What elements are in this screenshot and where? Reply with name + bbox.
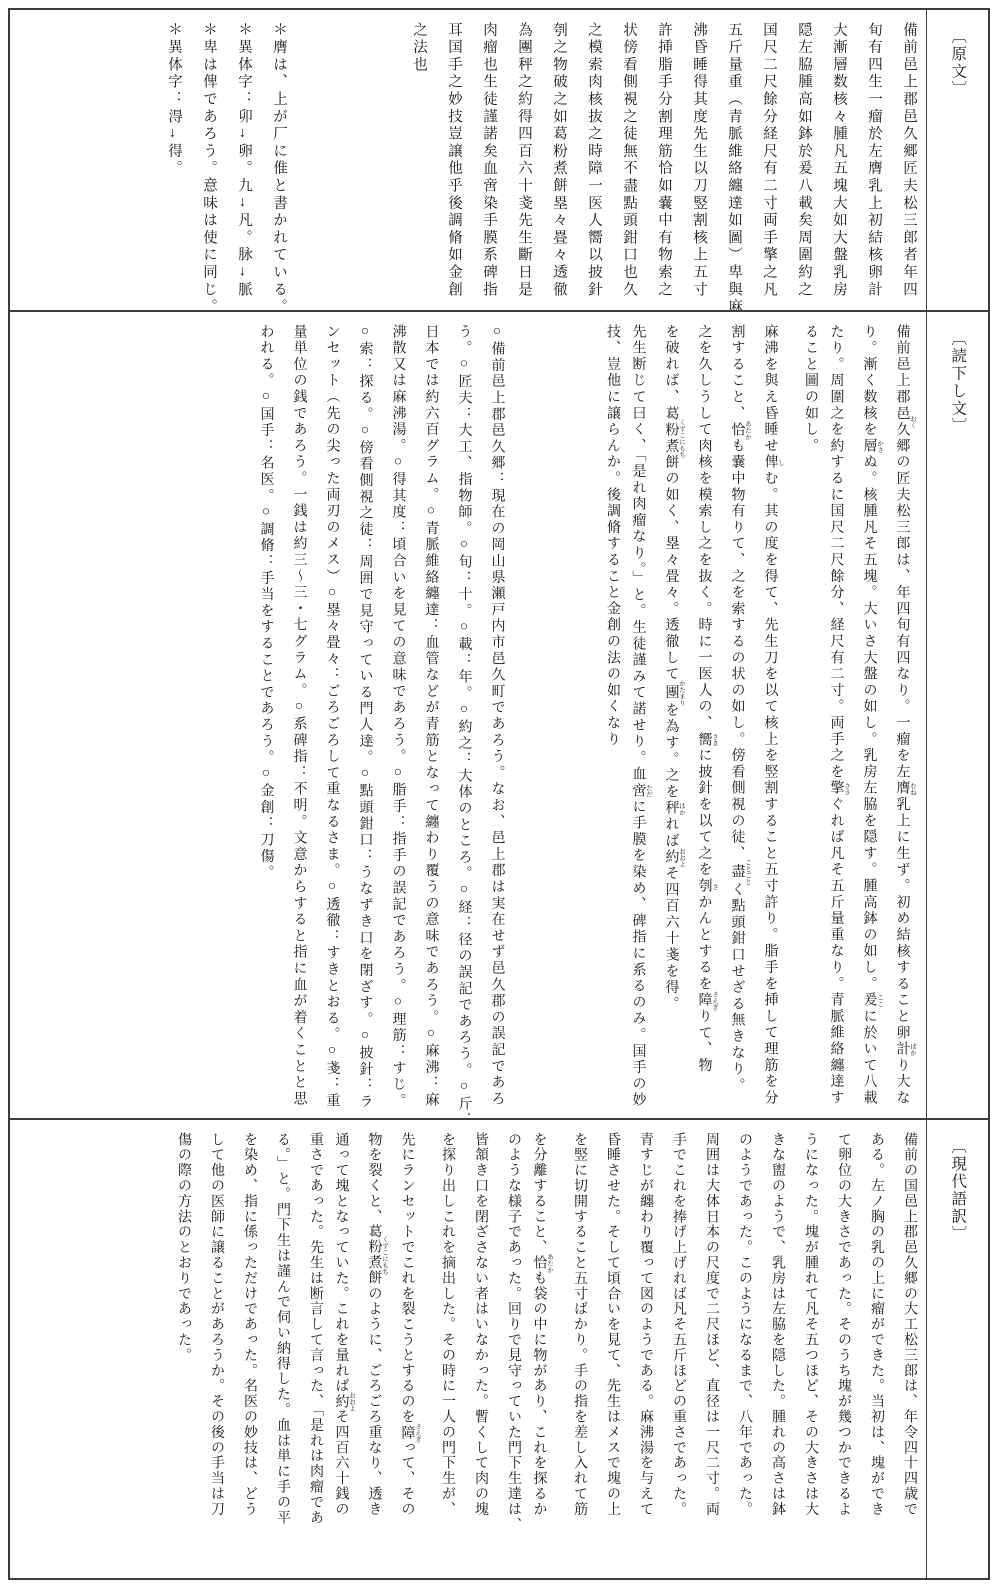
text-column: ＊異体字：淂→得。	[146, 22, 181, 178]
text-column: 備前邑上郡邑久郷匠夫松三郎者年四	[881, 22, 916, 299]
text-column: ＊異体字：卯→卵。九→凡。脉→脈	[216, 22, 251, 299]
gendaigoyaku-label-column: 〔現代語訳〕	[926, 1120, 988, 1578]
section-genbun: 備前邑上郡邑久郷匠夫松三郎者年四旬有四生一瘤於左膺乳上初結核卵計大漸層数核々腫凡…	[10, 10, 988, 310]
text-column: 手でこれを捧げ上げれば凡そ五斤ほどの重さであった。	[652, 1132, 685, 1517]
text-column: 昏睡させた。そして頃合いを見て、先生はメスで塊の上	[586, 1132, 619, 1517]
text-column: を分離すること、恰あたかも袋の中に物があり、これを探るか	[520, 1132, 553, 1517]
text-column: を竪に切開すること五寸ばかり。手の指を差し入れて筋	[553, 1132, 586, 1517]
text-column: 割すること、恰あたかも嚢中物有りて、之を索するの状の如し。傍看側視の徒、盡ことご…	[718, 324, 751, 1094]
text-column: 麻沸を與え昏睡せ俾しむ。其の度を得て、先生刀を以て核上を竪割すること五寸許り。脂…	[751, 324, 784, 1106]
section-gendaigoyaku: 備前の国邑上郡邑久郷の大工松三郎は、年令四十四歳である。左ノ胸の乳の上に瘤ができ…	[10, 1118, 988, 1578]
text-column: 五斤量重（青脈維絡纏達如圖）卑與麻	[706, 22, 741, 310]
text-column: 刳之物破之如葛粉煮餅塁々疂々透徹	[531, 22, 566, 299]
text-column: う。○匠夫：大工、指物師。○旬：十。○載：年。○約之：大体のところ。○経：径の誤…	[438, 324, 471, 1118]
yomikudashi-columns: 備前邑上郡邑久おく郷の匠夫松三郎は、年四旬有四なり。一瘤を左膺むね乳上に生ず。初…	[10, 312, 926, 1118]
genbun-label-column: 〔原文〕	[926, 10, 988, 310]
text-column: 肉瘤也生徒謹諾矣血啻染手膜系碑指	[461, 22, 496, 299]
text-column: て卵位の大きさであった。そのうち塊が幾つかできるよ	[817, 1132, 850, 1517]
text-column: を破れば、葛粉煮餅くずこにもちの如く、塁々畳々。透徹して團かたまりを為す。之を秤…	[652, 324, 685, 1012]
text-column: 隠左脇腫高如鉢於爰八載矣周圍約之	[776, 22, 811, 299]
text-column: を染め、指に係っただけであった。名医の妙技は、どう	[223, 1132, 256, 1517]
text-column: 傷の際の方法のとおりであった。	[157, 1132, 190, 1363]
section-yomikudashi: 備前邑上郡邑久おく郷の匠夫松三郎は、年四旬有四なり。一瘤を左膺むね乳上に生ず。初…	[10, 310, 988, 1118]
genbun-label: 〔原文〕	[950, 28, 966, 98]
text-column: して他の医師に譲ることがあろうか。その後の手当は刀	[190, 1132, 223, 1517]
text-column: 之法也	[391, 22, 426, 74]
text-column: ○備前邑上郡邑久郷：現在の岡山県瀬戸内市邑久町であろう。なお、邑上郡は実在せず邑…	[471, 324, 504, 1107]
text-column: 先生断じて曰く、「是れ肉瘤なり。」と。生徒謹みて諾せり。血啻ただに手膜を染め、碑…	[619, 324, 652, 1109]
text-column: 重さであった。先生は断言して言った、「是れは肉瘤であ	[289, 1132, 322, 1525]
text-column: 通って塊となっていた。これを量れば約おおよそ四百六十銭の	[322, 1132, 355, 1517]
text-column: きな盥のようで、乳房は左脇を隠した。腫れの高さは鉢	[751, 1132, 784, 1517]
text-column: 耳国手之妙技豈譲他乎後調脩如金創	[426, 22, 461, 299]
text-column: 日本では約六百グラム。○青脈維絡纏達：血管などが青筋となって纏わり覆うの意味であ…	[405, 324, 438, 1108]
gendaigoyaku-label: 〔現代語訳〕	[950, 1138, 966, 1243]
text-column: 備前の国邑上郡邑久郷の大工松三郎は、年令四十四歳で	[883, 1132, 916, 1517]
text-column: うになった。塊が腫れて凡そ五つほど、その大きさは大	[784, 1132, 817, 1517]
text-column: 皆頷き口を閉ざさない者はいなかった。暫くして肉の塊	[454, 1132, 487, 1517]
text-column: ある。左ノ胸の乳の上に瘤ができた。当初は、塊ができ	[850, 1132, 883, 1517]
text-column: 大漸層数核々腫凡五塊大如大盤乳房	[811, 22, 846, 299]
text-column: ＊膺は、上が厂に倠と書かれている。	[251, 22, 286, 310]
text-column: る。」と。門下生は謹んで伺い納得した。血は単に手の平	[256, 1132, 289, 1525]
text-column: ること圖の如し。	[784, 324, 817, 454]
text-column: のような様子であった。回りで見守っていた門下生達は、	[487, 1132, 520, 1532]
text-column: 国尺二尺餘分経尺有二寸両手擎之凡	[741, 22, 776, 299]
text-column: 沸昏睡得其度先生以刀竪割核上五寸	[671, 22, 706, 299]
text-column: 之を久しうして肉核を模索し之を抜く。時に一医人の、嚮さきに披針を以て之を刳さかん…	[685, 324, 718, 1074]
text-column: たり。周圍之を約するに国尺二尺餘分、経尺有二寸。両手之を擎ささぐれば凡そ五斤量重…	[817, 324, 850, 1106]
text-column: 許挿脂手分割理筋恰如嚢中有物索之	[636, 22, 671, 299]
text-column: 周囲は大体日本の尺度で二尺ほど、直径は一尺二寸。両	[685, 1132, 718, 1517]
text-column: 備前邑上郡邑久おく郷の匠夫松三郎は、年四旬有四なり。一瘤を左膺むね乳上に生ず。初…	[883, 324, 916, 1106]
text-column: 為團秤之約得四百六十戔先生斷日是	[496, 22, 531, 299]
document-frame: 備前邑上郡邑久郷匠夫松三郎者年四旬有四生一瘤於左膺乳上初結核卵計大漸層数核々腫凡…	[8, 8, 990, 1580]
text-column: われる。○国手：名医。○調脩：手当をすることであろう。○金創：刀傷。	[240, 324, 273, 881]
gendaigoyaku-columns: 備前の国邑上郡邑久郷の大工松三郎は、年令四十四歳である。左ノ胸の乳の上に瘤ができ…	[10, 1120, 926, 1578]
text-column: り。漸く数核を層かさぬ。核腫凡そ五塊。大いさ大盤の如し。乳房左脇を隠す。腫高鉢の…	[850, 324, 883, 1106]
yomikudashi-label: 〔読下し文〕	[950, 330, 966, 435]
text-column: を探り出しこれを摘出した。その時に一人の門下生が、	[421, 1132, 454, 1517]
text-column: 状傍看側視之徒無不盡點頭鉗口也久	[601, 22, 636, 299]
text-column: ○索：探る。○傍看側視之徒：周囲で見守っている門人達。○點頭鉗口：うなずき口を閉…	[339, 324, 372, 1110]
text-column: ＊卑は俾であろう。意味は使に同じ。	[181, 22, 216, 310]
text-column: 量単位の銭であろう。一銭は約三〜三・七グラム。○系碑指：不明。文意からすると指に…	[273, 324, 306, 1107]
text-column: 先にランセットでこれを裂こうとするのを障さえぎって、その	[388, 1132, 421, 1517]
text-column: 青すじが纏わり覆って図のようである。麻沸湯を与えて	[619, 1132, 652, 1517]
text-column: 物を裂くと、葛粉煮餅くずこにもちのように、ごろごろ重なり、透き	[355, 1132, 388, 1517]
text-column: 沸散又は麻沸湯。○得其度：頃合いを見ての意味であろう。○脂手：指手の誤記であろう…	[372, 324, 405, 1109]
text-column: ンセット（先の尖った両刃のメス）○塁々畳々：ごろごろして重なるさま。○透徹：すき…	[306, 324, 339, 1109]
genbun-columns: 備前邑上郡邑久郷匠夫松三郎者年四旬有四生一瘤於左膺乳上初結核卵計大漸層数核々腫凡…	[10, 10, 926, 310]
text-column: 技、豈他に譲らんか。後調脩すること金創の法の如くなり	[586, 324, 619, 748]
yomikudashi-label-column: 〔読下し文〕	[926, 312, 988, 1118]
text-column: 之模索肉核抜之時障一医人嚮以披針	[566, 22, 601, 299]
text-column: 旬有四生一瘤於左膺乳上初結核卵計	[846, 22, 881, 299]
text-column: のようであった。このようになるまで、八年であった。	[718, 1132, 751, 1517]
